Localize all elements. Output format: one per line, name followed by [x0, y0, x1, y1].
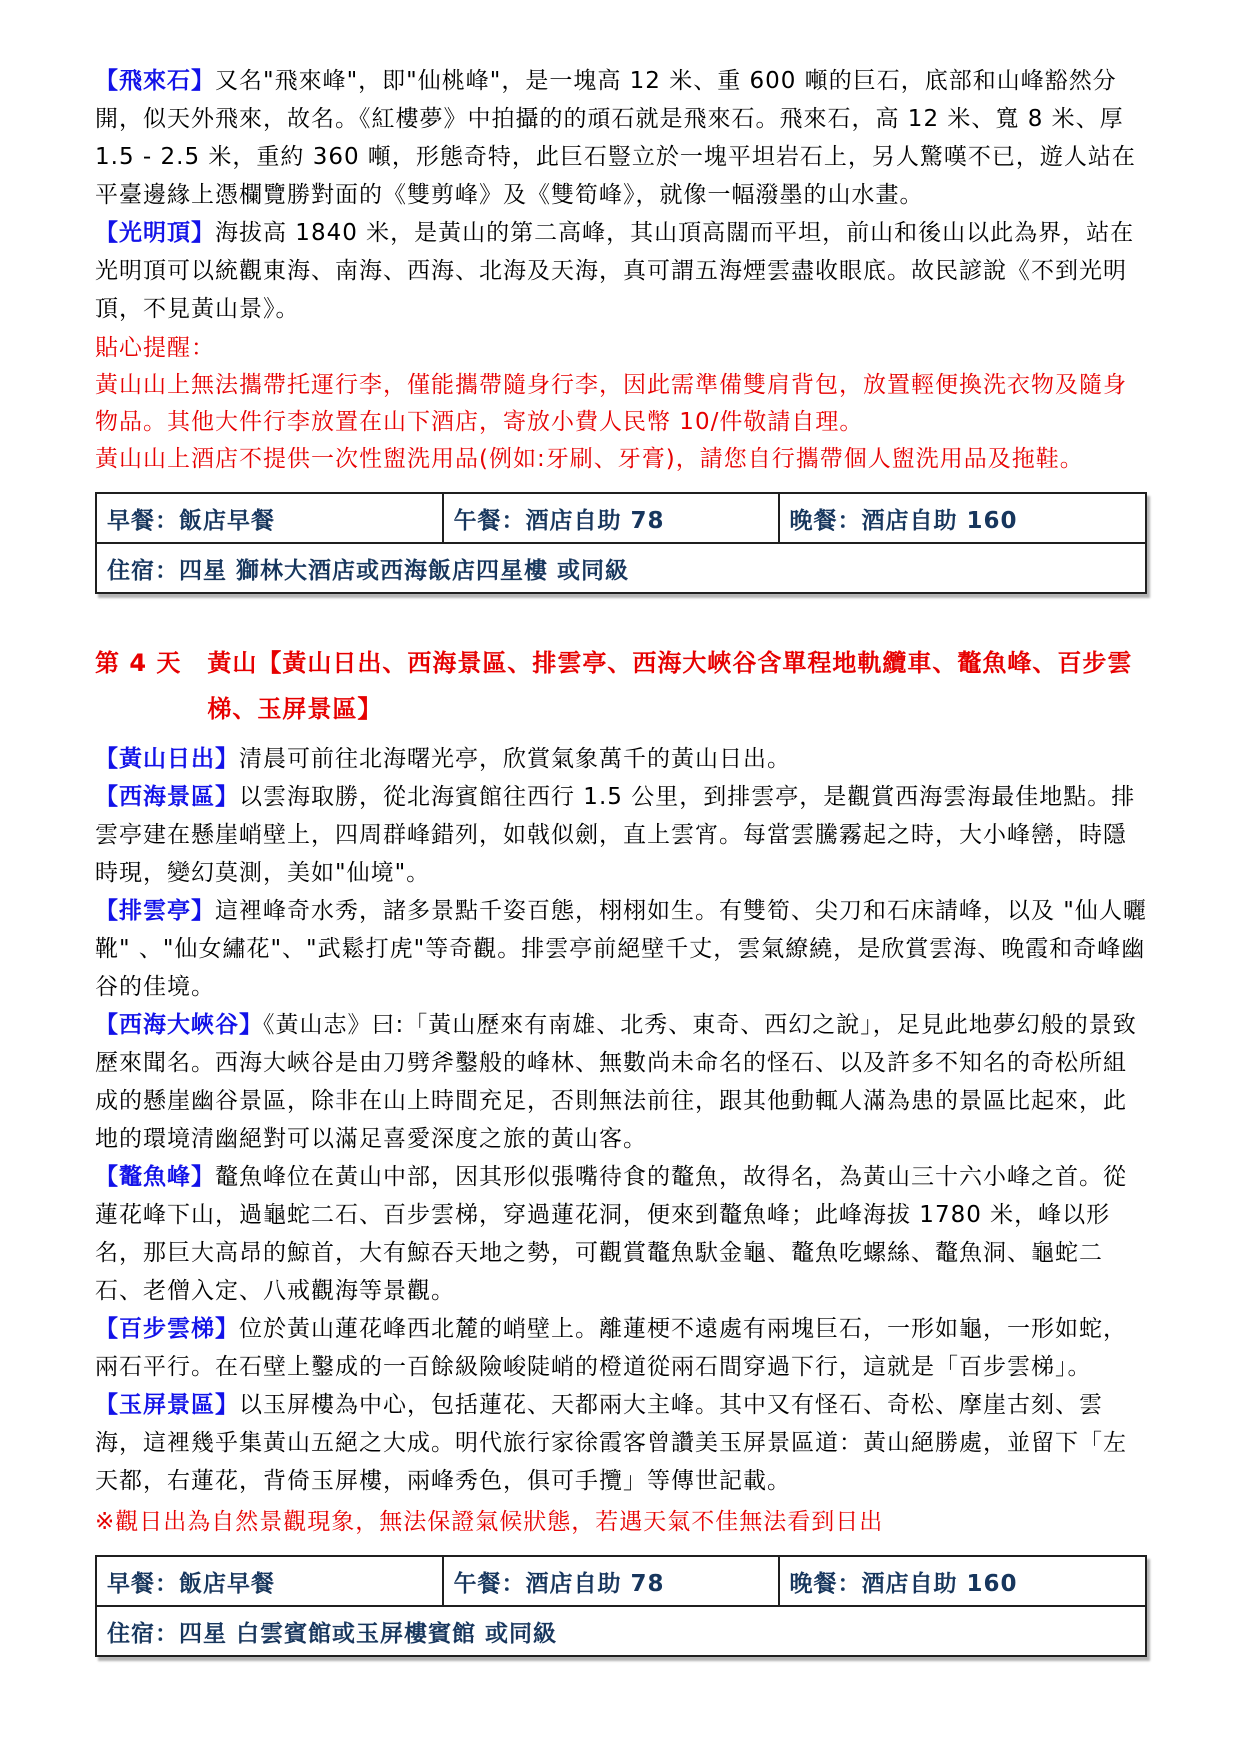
attraction-tag: 【黃山日出】 [95, 746, 239, 772]
attraction-text: 清晨可前往北海曙光亭，欣賞氣象萬千的黃山日出。 [239, 746, 791, 772]
lunch-cell: 午餐：酒店自助 78 [443, 1556, 779, 1606]
hotel-cell: 住宿：四星 獅林大酒店或西海飯店四星樓 或同級 [96, 543, 1146, 593]
reminder-line: 黃山山上無法攜帶托運行李，僅能攜帶隨身行李，因此需準備雙肩背包，放置輕便換洗衣物… [95, 367, 1147, 441]
attraction-tag: 【百步雲梯】 [95, 1316, 239, 1342]
attraction-tag: 【西海大峽谷】 [95, 1012, 263, 1038]
attraction-tag: 【光明頂】 [95, 220, 215, 246]
day4-section: 第 4 天 黃山【黃山日出、西海景區、排雲亭、西海大峽谷含單程地軌纜車、鼇魚峰、… [95, 640, 1147, 1657]
lunch-cell: 午餐：酒店自助 78 [443, 493, 779, 543]
day3-section: 【飛來石】又名"飛來峰"，即"仙桃峰"，是一塊高 12 米、重 600 噸的巨石… [95, 62, 1147, 594]
day4-heading: 第 4 天 黃山【黃山日出、西海景區、排雲亭、西海大峽谷含單程地軌纜車、鼇魚峰、… [95, 640, 1147, 732]
breakfast-cell: 早餐：飯店早餐 [96, 1556, 443, 1606]
attraction-text: 位於黃山蓮花峰西北麓的峭壁上。離蓮梗不遠處有兩塊巨石，一形如龜，一形如蛇，兩石平… [95, 1316, 1127, 1380]
dinner-cell: 晚餐：酒店自助 160 [779, 1556, 1147, 1606]
attraction-tag: 【飛來石】 [95, 68, 215, 94]
attraction-text: 以雲海取勝，從北海賓館往西行 1.5 公里，到排雲亭，是觀賞西海雲海最佳地點。排… [95, 784, 1135, 886]
itinerary-page: 【飛來石】又名"飛來峰"，即"仙桃峰"，是一塊高 12 米、重 600 噸的巨石… [0, 0, 1241, 1657]
paragraph-yuping: 【玉屏景區】以玉屏樓為中心，包括蓮花、天都兩大主峰。其中又有怪石、奇松、摩崖古刻… [95, 1386, 1147, 1500]
day3-meal-table: 早餐：飯店早餐 午餐：酒店自助 78 晚餐：酒店自助 160 住宿：四星 獅林大… [95, 492, 1147, 594]
attraction-text: 這裡峰奇水秀，諸多景點千姿百態，栩栩如生。有雙筍、尖刀和石床請峰，以及 "仙人曬… [95, 898, 1147, 1000]
attraction-text: 海拔高 1840 米，是黃山的第二高峰，其山頂高闊而平坦，前山和後山以此為界，站… [95, 220, 1134, 322]
hotel-row: 住宿：四星 獅林大酒店或西海飯店四星樓 或同級 [96, 543, 1146, 593]
sunrise-disclaimer: ※觀日出為自然景觀現象，無法保證氣候狀態，若遇天氣不佳無法看到日出 [95, 1504, 1147, 1541]
attraction-text: 以玉屏樓為中心，包括蓮花、天都兩大主峰。其中又有怪石、奇松、摩崖古刻、雲海，這裡… [95, 1392, 1127, 1494]
reminder-title: 貼心提醒： [95, 330, 1147, 367]
attraction-tag: 【玉屏景區】 [95, 1392, 239, 1418]
meals-row: 早餐：飯店早餐 午餐：酒店自助 78 晚餐：酒店自助 160 [96, 1556, 1146, 1606]
dinner-cell: 晚餐：酒店自助 160 [779, 493, 1147, 543]
hotel-row: 住宿：四星 白雲賓館或玉屏樓賓館 或同級 [96, 1606, 1146, 1656]
hotel-cell: 住宿：四星 白雲賓館或玉屏樓賓館 或同級 [96, 1606, 1146, 1656]
attraction-tag: 【排雲亭】 [95, 898, 215, 924]
day4-day-number: 第 4 天 [95, 640, 181, 686]
paragraph-feilaishi: 【飛來石】又名"飛來峰"，即"仙桃峰"，是一塊高 12 米、重 600 噸的巨石… [95, 62, 1147, 214]
day4-meal-table: 早餐：飯店早餐 午餐：酒店自助 78 晚餐：酒店自助 160 住宿：四星 白雲賓… [95, 1555, 1147, 1657]
meals-row: 早餐：飯店早餐 午餐：酒店自助 78 晚餐：酒店自助 160 [96, 493, 1146, 543]
paragraph-paiyunting: 【排雲亭】這裡峰奇水秀，諸多景點千姿百態，栩栩如生。有雙筍、尖刀和石床請峰，以及… [95, 892, 1147, 1006]
paragraph-aoyufeng: 【鼇魚峰】鼇魚峰位在黃山中部，因其形似張嘴待食的鼇魚，故得名，為黃山三十六小峰之… [95, 1158, 1147, 1310]
day4-title: 黃山【黃山日出、西海景區、排雲亭、西海大峽谷含單程地軌纜車、鼇魚峰、百步雲梯、玉… [207, 640, 1147, 732]
attraction-text: 又名"飛來峰"，即"仙桃峰"，是一塊高 12 米、重 600 噸的巨石，底部和山… [95, 68, 1136, 208]
paragraph-guangmingding: 【光明頂】海拔高 1840 米，是黃山的第二高峰，其山頂高闊而平坦，前山和後山以… [95, 214, 1147, 328]
paragraph-sunrise: 【黃山日出】清晨可前往北海曙光亭，欣賞氣象萬千的黃山日出。 [95, 740, 1147, 778]
reminder-line: 黃山山上酒店不提供一次性盥洗用品(例如:牙刷、牙膏)，請您自行攜帶個人盥洗用品及… [95, 441, 1147, 478]
paragraph-baibuyunti: 【百步雲梯】位於黃山蓮花峰西北麓的峭壁上。離蓮梗不遠處有兩塊巨石，一形如龜，一形… [95, 1310, 1147, 1386]
paragraph-xihai-canyon: 【西海大峽谷】《黃山志》曰:「黃山歷來有南雄、北秀、東奇、西幻之說」，足見此地夢… [95, 1006, 1147, 1158]
breakfast-cell: 早餐：飯店早餐 [96, 493, 443, 543]
attraction-tag: 【西海景區】 [95, 784, 239, 810]
attraction-tag: 【鼇魚峰】 [95, 1164, 215, 1190]
paragraph-xihai-scenic: 【西海景區】以雲海取勝，從北海賓館往西行 1.5 公里，到排雲亭，是觀賞西海雲海… [95, 778, 1147, 892]
attraction-text: 鼇魚峰位在黃山中部，因其形似張嘴待食的鼇魚，故得名，為黃山三十六小峰之首。從蓮花… [95, 1164, 1127, 1304]
